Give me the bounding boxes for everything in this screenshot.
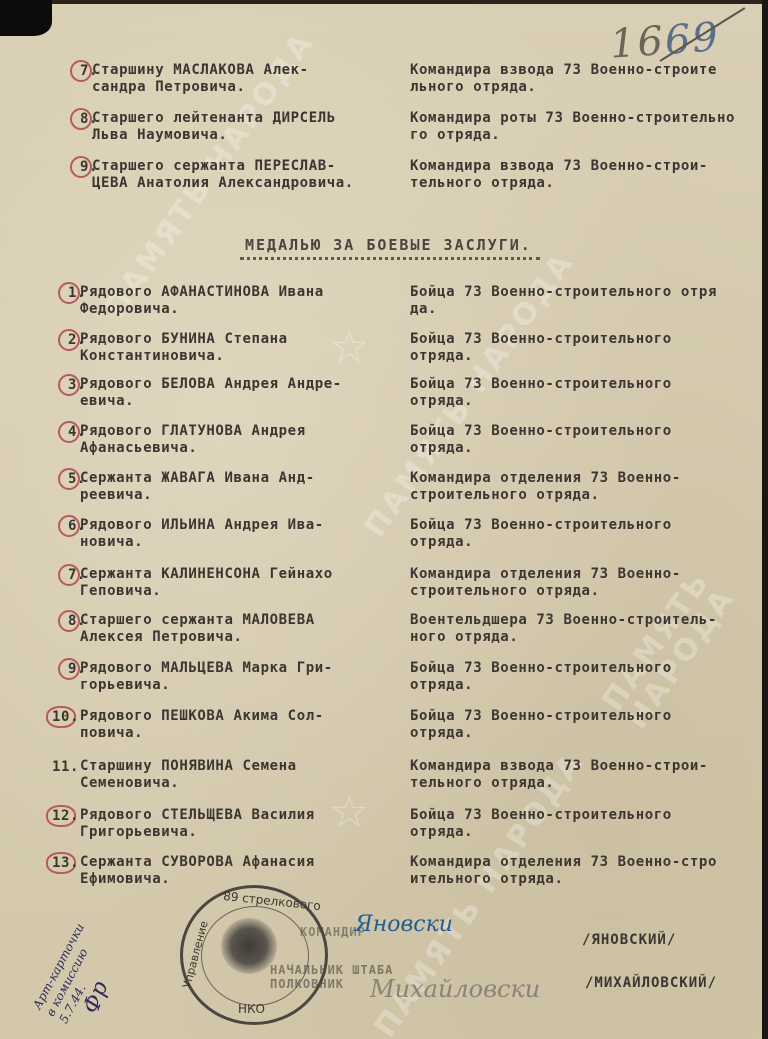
recipient-name: Старшего лейтенанта ДИРСЕЛЬ Льва Наумови… [92, 110, 392, 144]
recipient-name: Рядового ГЛАТУНОВА Андрея Афанасьевича. [80, 423, 380, 457]
item-number: 13. [46, 852, 76, 874]
recipient-position: Командира отделения 73 Военно- строитель… [410, 566, 768, 600]
scan-edge-top [0, 0, 768, 4]
torn-corner [0, 0, 52, 36]
recipient-position: Командира взвода 73 Военно-строите льног… [410, 62, 768, 96]
recipient-position: Командира отделения 73 Военно-стро итель… [410, 854, 768, 888]
recipient-name: Рядового БУНИНА Степана Константиновича. [80, 331, 380, 365]
item-number: 7. [58, 564, 80, 586]
item-number: 9. [58, 658, 80, 680]
recipient-name: Рядового БЕЛОВА Андрея Андре- евича. [80, 376, 380, 410]
recipient-name: Сержанта КАЛИНЕНСОНА Гейнахо Геповича. [80, 566, 380, 600]
item-number: 7. [70, 60, 92, 82]
recipient-position: Бойца 73 Военно-строительного отряда. [410, 517, 768, 551]
recipient-position: Командира роты 73 Военно-строительно го … [410, 110, 768, 144]
item-number: 8. [70, 108, 92, 130]
recipient-position: Бойца 73 Военно-строительного отря да. [410, 284, 768, 318]
state-emblem-icon [221, 918, 277, 974]
item-number: 2. [58, 329, 80, 351]
item-number: 12. [46, 805, 76, 827]
item-number: 11. [46, 756, 80, 778]
handwritten-signature-2: Михайловски [370, 975, 540, 1003]
item-number: 6. [58, 515, 80, 537]
recipient-position: Бойца 73 Военно-строительного отряда. [410, 331, 768, 365]
page-number: 1669 [609, 14, 722, 68]
item-number: 4. [58, 421, 80, 443]
recipient-name: Старшину МАСЛАКОВА Алек- сандра Петрович… [92, 62, 392, 96]
recipient-name: Старшину ПОНЯВИНА Семена Семеновича. [80, 758, 380, 792]
recipient-name: Старшего сержанта МАЛОВЕВА Алексея Петро… [80, 612, 380, 646]
item-number: 1. [58, 282, 80, 304]
handwritten-signature-1: Яновски [355, 912, 453, 937]
signatory-name-1: /ЯНОВСКИЙ/ [582, 932, 676, 948]
recipient-name: Сержанта ЖАВАГА Ивана Анд- реевича. [80, 470, 380, 504]
recipient-name: Сержанта СУВОРОВА Афанасия Ефимовича. [80, 854, 380, 888]
official-stamp: 89 стрелкового Управление НКО [180, 885, 328, 1025]
recipient-name: Старшего сержанта ПЕРЕСЛАВ- ЦЕВА Анатоли… [92, 158, 392, 192]
item-number: 5. [58, 468, 80, 490]
recipient-position: Воентельдшера 73 Военно-строитель- ного … [410, 612, 768, 646]
recipient-name: Рядового ИЛЬИНА Андрея Ива- новича. [80, 517, 380, 551]
item-number: 10. [46, 706, 76, 728]
item-number: 3. [58, 374, 80, 396]
recipient-position: Командира взвода 73 Военно-строи- тельно… [410, 158, 768, 192]
recipient-name: Рядового ПЕШКОВА Акима Сол- повича. [80, 708, 380, 742]
recipient-name: Рядового МАЛЬЦЕВА Марка Гри- горьевича. [80, 660, 380, 694]
stamp-text-bottom: НКО [238, 1002, 265, 1016]
recipient-position: Бойца 73 Военно-строительного отряда. [410, 807, 768, 841]
recipient-position: Бойца 73 Военно-строительного отряда. [410, 376, 768, 410]
item-number: 9. [70, 156, 92, 178]
recipient-position: Бойца 73 Военно-строительного отряда. [410, 660, 768, 694]
section-heading: МЕДАЛЬЮ ЗА БОЕВЫЕ ЗАСЛУГИ. [245, 236, 532, 254]
item-number: 8. [58, 610, 80, 632]
recipient-name: Рядового АФАНАСТИНОВА Ивана Федоровича. [80, 284, 380, 318]
recipient-position: Бойца 73 Военно-строительного отряда. [410, 423, 768, 457]
recipient-position: Бойца 73 Военно-строительного отряда. [410, 708, 768, 742]
recipient-position: Командира отделения 73 Военно- строитель… [410, 470, 768, 504]
page-number-pencil: 16 [609, 18, 667, 68]
signatory-name-2: /МИХАЙЛОВСКИЙ/ [585, 975, 717, 991]
recipient-position: Командира взвода 73 Военно-строи- тельно… [410, 758, 768, 792]
section-underline [240, 257, 540, 260]
recipient-name: Рядового СТЕЛЬЩЕВА Василия Григорьевича. [80, 807, 380, 841]
